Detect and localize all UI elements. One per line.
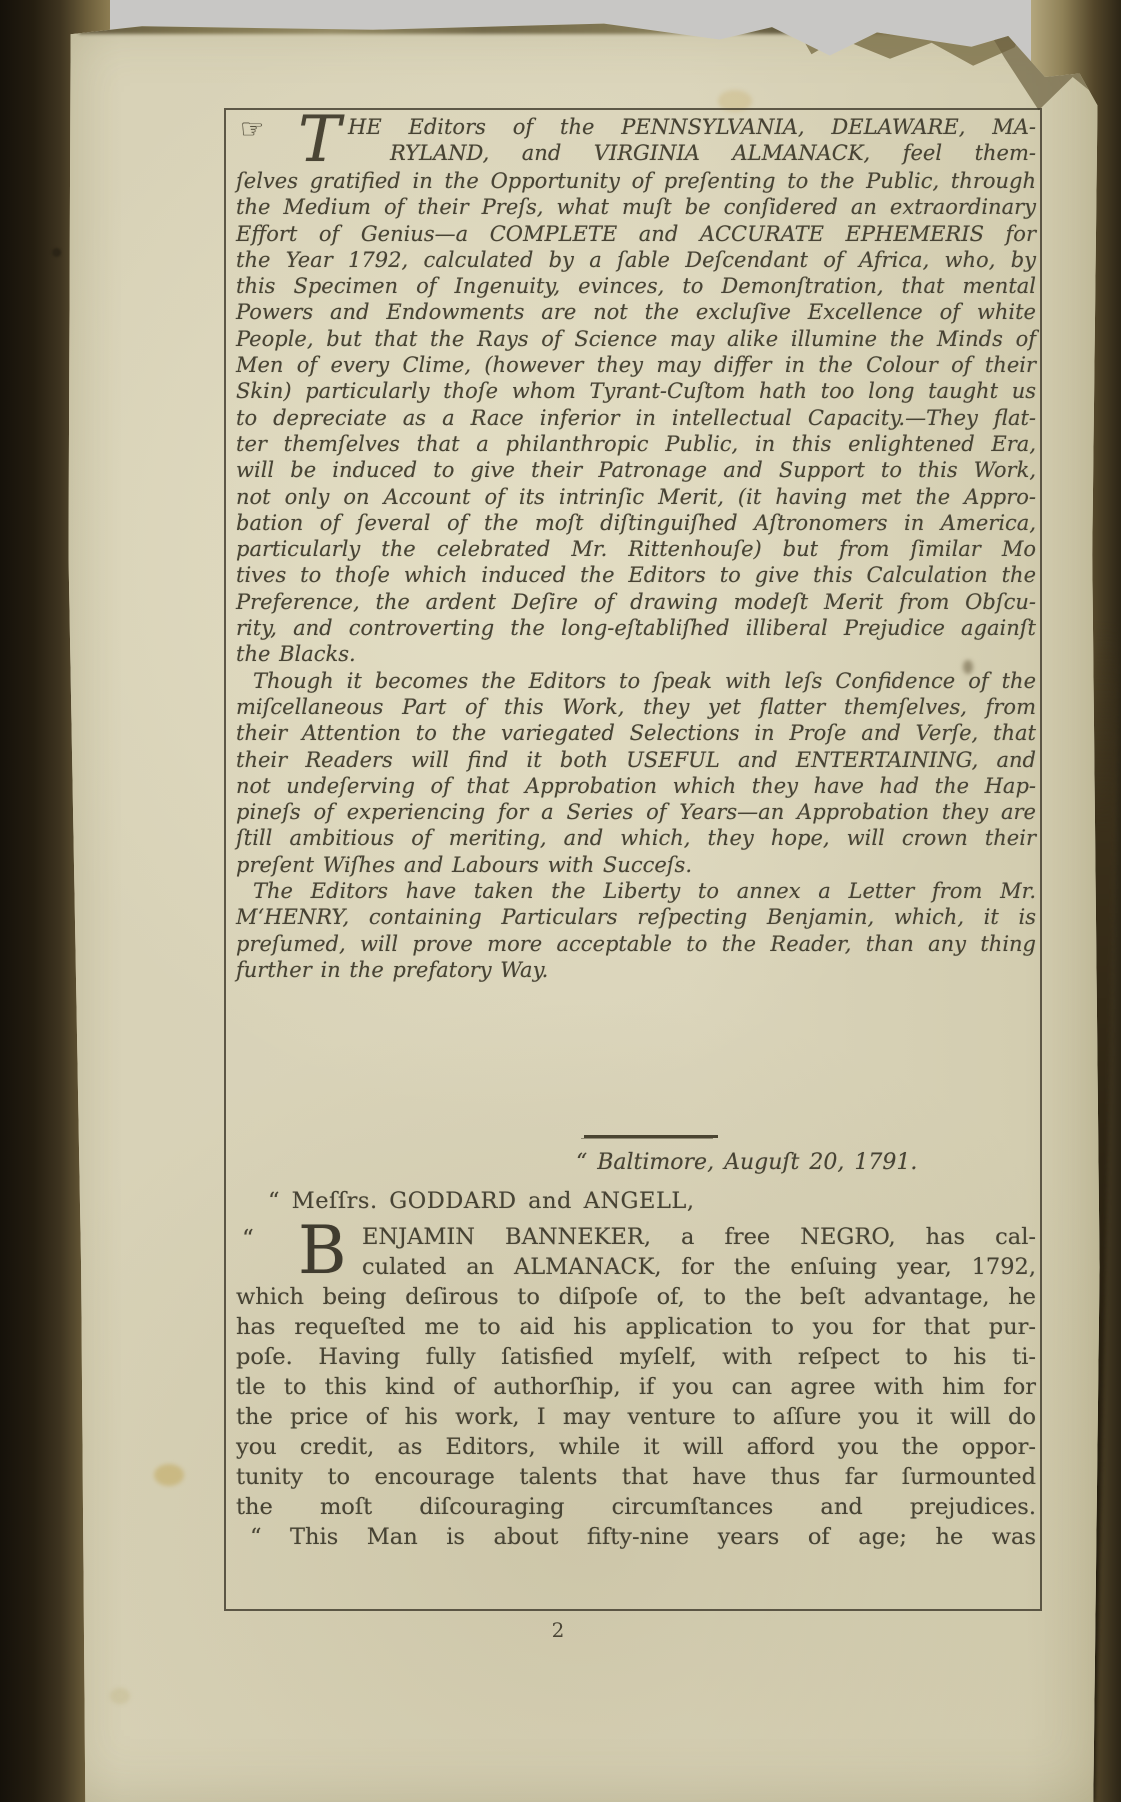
letter-body: which being deſirous to diſpoſe of, to t… — [236, 1282, 1036, 1522]
letterpress-text-block: ☞ T HE Editors of the PENNSYLVANIA, DELA… — [226, 110, 1044, 1552]
letter-dropcap: B — [298, 1222, 347, 1280]
text-line: tives to thoſe which induced the Editors… — [236, 562, 1036, 588]
opening-dropcap: T — [298, 110, 341, 170]
text-line: Though it becomes the Editors to ſpeak w… — [236, 668, 1036, 694]
text-line: tunity to encourage talents that have th… — [236, 1462, 1036, 1492]
stain — [52, 248, 61, 257]
text-line: you credit, as Editors, while it will af… — [236, 1432, 1036, 1462]
text-line: miſcellaneous Part of this Work, they ye… — [236, 694, 1036, 720]
text-line: preſent Wiſhes and Labours with Succeſs. — [236, 852, 1036, 878]
text-line: not undeſerving of that Approbation whic… — [236, 773, 1036, 799]
text-line: The Editors have taken the Liberty to an… — [236, 878, 1036, 904]
text-line: pineſs of experiencing for a Series of Y… — [236, 799, 1036, 825]
letter-dropcap-lines: ENJAMIN BANNEKER, a free NEGRO, has cal-… — [362, 1222, 1036, 1282]
text-line: the price of his work, I may venture to … — [236, 1402, 1036, 1432]
text-line: poſe. Having fully ſatisfied myſelf, wit… — [236, 1342, 1036, 1372]
text-line: Preference, the ardent Deſire of drawing… — [236, 589, 1036, 615]
opening-lines: HE Editors of the PENNSYLVANIA, DELAWARE… — [348, 114, 1036, 167]
book-page: ☞ T HE Editors of the PENNSYLVANIA, DELA… — [58, 20, 1108, 1802]
text-line: Powers and Endowments are not the excluſ… — [236, 299, 1036, 325]
text-line: ENJAMIN BANNEKER, a free NEGRO, has cal- — [362, 1222, 1036, 1252]
text-line: further in the prefatory Way. — [236, 957, 1036, 983]
letter-opening: “ B ENJAMIN BANNEKER, a free NEGRO, has … — [236, 1222, 1036, 1282]
text-line: Skin) particularly thoſe whom Tyrant-Cuſ… — [236, 378, 1036, 404]
text-line: this Specimen of Ingenuity, evinces, to … — [236, 273, 1036, 299]
text-line: to depreciate as a Race inferior in inte… — [236, 405, 1036, 431]
section-divider-rule — [584, 1135, 718, 1138]
page-number: 2 — [488, 1618, 628, 1642]
text-line: ſelves gratified in the Opportunity of p… — [236, 168, 1036, 194]
text-line: bation of ſeveral of the moſt diſtinguiſ… — [236, 510, 1036, 536]
text-line: not only on Account of its intrinſic Mer… — [236, 484, 1036, 510]
text-line: the Medium of their Preſs, what muſt be … — [236, 194, 1036, 220]
text-line: HE Editors of the PENNSYLVANIA, DELAWARE… — [348, 114, 1036, 140]
text-line: the moſt diſcouraging circumſtances and … — [236, 1492, 1036, 1522]
text-line: the Blacks. — [236, 641, 1036, 667]
letter-salutation: “ Meſſrs. GODDARD and ANGELL, — [268, 1186, 1036, 1216]
stain — [154, 1464, 184, 1486]
scanned-book-photo: ☞ T HE Editors of the PENNSYLVANIA, DELA… — [0, 0, 1121, 1802]
letter-dateline: “ Baltimore, Auguſt 20, 1791. — [576, 1148, 1036, 1178]
torn-paper-edge — [793, 22, 1024, 68]
text-border-frame: ☞ T HE Editors of the PENNSYLVANIA, DELA… — [224, 108, 1042, 1611]
text-line: rity, and controverting the long-eſtabli… — [236, 615, 1036, 641]
text-line: Men of every Clime, (however they may di… — [236, 352, 1036, 378]
preface-paragraph-2: Though it becomes the Editors to ſpeak w… — [236, 668, 1036, 878]
manicule-icon: ☞ — [240, 114, 264, 145]
text-line: will be induced to give their Patronage … — [236, 457, 1036, 483]
text-line: their Attention to the variegated Select… — [236, 720, 1036, 746]
text-line: their Readers will find it both USEFUL a… — [236, 747, 1036, 773]
text-line: ſtill ambitious of meriting, and which, … — [236, 825, 1036, 851]
letter-closing-line: “ This Man is about fifty-nine years of … — [236, 1522, 1036, 1552]
letter-open-quote: “ — [242, 1226, 254, 1252]
text-line: RYLAND, and VIRGINIA ALMANACK, feel them… — [390, 140, 1036, 166]
text-line: M‘HENRY, containing Particulars reſpecti… — [236, 904, 1036, 930]
text-line: which being deſirous to diſpoſe of, to t… — [236, 1282, 1036, 1312]
text-line: ter themſelves that a philanthropic Publ… — [236, 431, 1036, 457]
text-line: Effort of Genius—a COMPLETE and ACCURATE… — [236, 221, 1036, 247]
preface-paragraph-3: The Editors have taken the Liberty to an… — [236, 878, 1036, 983]
torn-paper-edge — [79, 20, 1087, 34]
text-line: People, but that the Rays of Science may… — [236, 326, 1036, 352]
text-line: has requeſted me to aid his application … — [236, 1312, 1036, 1342]
stain — [110, 1688, 130, 1704]
text-line: culated an ALMANACK, for the enſuing yea… — [362, 1252, 1036, 1282]
text-line: the Year 1792, calculated by a ſable Deſ… — [236, 247, 1036, 273]
text-line: tle to this kind of authorſhip, if you c… — [236, 1372, 1036, 1402]
preface-opening: ☞ T HE Editors of the PENNSYLVANIA, DELA… — [236, 114, 1036, 168]
text-line: preſumed, will prove more acceptable to … — [236, 931, 1036, 957]
text-line: particularly the celebrated Mr. Rittenho… — [236, 536, 1036, 562]
preface-paragraph-1: ſelves gratified in the Opportunity of p… — [236, 168, 1036, 668]
